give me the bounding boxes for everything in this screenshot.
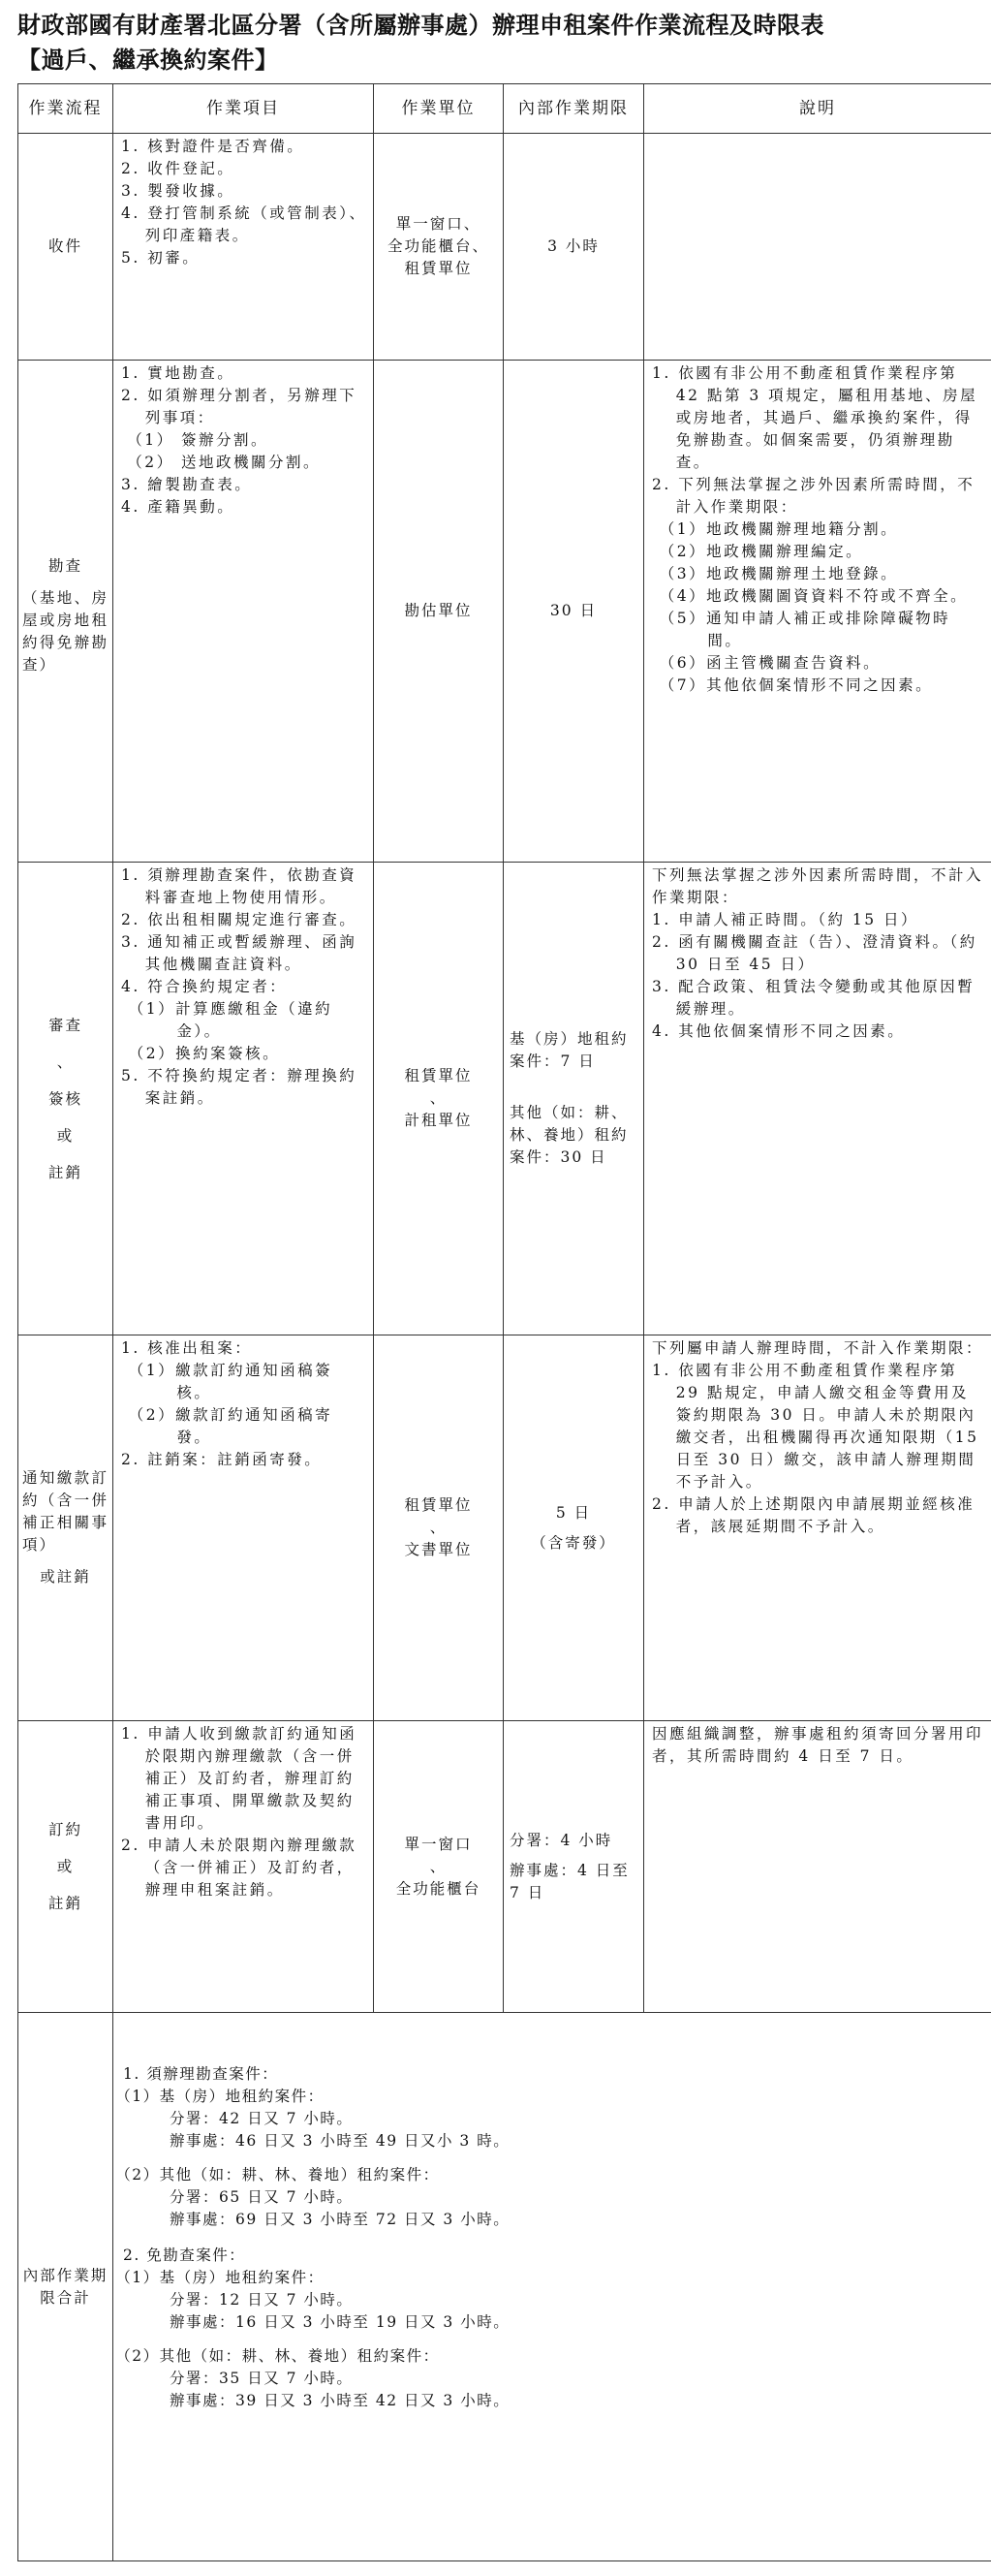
unit-cell: 租賃單位 、 文書單位 [374, 1335, 504, 1721]
unit-line: 文書單位 [374, 1539, 503, 1561]
summary-line: 辦事處：39 日又 3 小時至 42 日又 3 小時。 [123, 2390, 983, 2412]
unit-cell: 單一窗口、 全功能櫃台、 租賃單位 [374, 134, 504, 361]
period-value: 基（房）地租約案件：7 日 [510, 1028, 637, 1073]
period-value: 5 日 [510, 1502, 637, 1524]
header-notes: 說明 [644, 84, 991, 134]
note-subitem: （6）函主管機關查告資料。 [652, 652, 985, 675]
summary-group: （2）其他（如：耕、林、養地）租約案件： 分署：35 日又 7 小時。 辦事處：… [123, 2345, 983, 2412]
header-items: 作業項目 [113, 84, 374, 134]
list-item: 2. 如須辦理分割者，另辦理下列事項： [121, 385, 367, 429]
summary-section-no-inspection: 2. 免勘查案件： （1）基（房）地租約案件： 分署：12 日又 7 小時。 辦… [123, 2245, 983, 2412]
list-item: 2. 依出租相關規定進行審查。 [121, 909, 367, 931]
summary-label: 內部作業期限合計 [22, 2265, 108, 2309]
unit-cell: 單一窗口 、 全功能櫃台 [374, 1721, 504, 2013]
note-item: 1. 申請人補正時間。（約 15 日） [652, 909, 985, 931]
list-item: 3. 通知補正或暫緩辦理、函詢其他機關查註資料。 [121, 931, 367, 976]
summary-label-cell: 內部作業期限合計 [18, 2013, 113, 2561]
items-cell: 1. 核准出租案： （1）繳款訂約通知函稿簽核。 （2）繳款訂約通知函稿寄發。 … [113, 1335, 374, 1721]
note-item: 2. 函有關機關查註（告）、澄清資料。（約 30 日至 45 日） [652, 931, 985, 976]
stage-separator: 或 [22, 1117, 108, 1154]
list-subitem: （2）換約案簽核。 [121, 1043, 367, 1065]
unit-line: 全功能櫃台、 [374, 236, 503, 258]
summary-heading: 2. 免勘查案件： [123, 2245, 983, 2267]
period-note: （含寄發） [510, 1532, 637, 1555]
unit-line: 單一窗口 [374, 1834, 503, 1856]
stage-label: 訂約 [22, 1811, 108, 1848]
period-value: 分署：4 小時 [510, 1830, 637, 1852]
note-heading: 下列無法掌握之涉外因素所需時間，不計入作業期限： [652, 864, 985, 909]
stage-label: 註銷 [22, 1885, 108, 1922]
note-item: 1. 依國有非公用不動產租賃作業程序第 42 點第 3 項規定，屬租用基地、房屋… [652, 362, 985, 474]
unit-separator: 、 [374, 1856, 503, 1878]
table-row-review: 審查 、 簽核 或 註銷 1. 須辦理勘查案件，依勘查資料審查地上物使用情形。 … [18, 863, 991, 1335]
list-item: 1. 須辦理勘查案件，依勘查資料審查地上物使用情形。 [121, 864, 367, 909]
items-cell: 1. 申請人收到繳款訂約通知函於限期內辦理繳款（含一併補正）及訂約者，辦理訂約補… [113, 1721, 374, 2013]
stage-label: 註銷 [22, 1154, 108, 1191]
unit-line: 全功能櫃台 [374, 1878, 503, 1901]
period-cell: 3 小時 [504, 134, 644, 361]
stage-label: 通知繳款訂約（含一併補正相關事項） [22, 1467, 108, 1556]
list-subitem: （1）計算應繳租金（違約金）。 [121, 998, 367, 1043]
table-row-payment-notice: 通知繳款訂約（含一併補正相關事項） 或註銷 1. 核准出租案： （1）繳款訂約通… [18, 1335, 991, 1721]
summary-subheading: （2）其他（如：耕、林、養地）租約案件： [123, 2345, 983, 2368]
stage-separator: 或 [22, 1848, 108, 1885]
list-subitem: （2） 送地政機關分割。 [121, 452, 367, 474]
table-row-receive: 收件 1. 核對證件是否齊備。 2. 收件登記。 3. 製發收據。 4. 登打管… [18, 134, 991, 361]
unit-line: 計租單位 [374, 1110, 503, 1132]
unit-cell: 勘估單位 [374, 361, 504, 863]
note-subitem: （2）地政機關辦理編定。 [652, 541, 985, 563]
notes-cell: 下列屬申請人辦理時間，不計入作業期限： 1. 依國有非公用不動產租賃作業程序第 … [644, 1335, 991, 1721]
notes-cell [644, 134, 991, 361]
list-item: 2. 申請人未於限期內辦理繳款（含一併補正）及訂約者，辦理申租案註銷。 [121, 1835, 367, 1901]
period-cell: 分署：4 小時 辦事處：4 日至 7 日 [504, 1721, 644, 2013]
period-value: 30 日 [510, 600, 637, 622]
note-subitem: （3）地政機關辦理土地登錄。 [652, 563, 985, 585]
unit-separator: 、 [374, 1087, 503, 1110]
list-subitem: （2）繳款訂約通知函稿寄發。 [121, 1404, 367, 1449]
unit-line: 勘估單位 [374, 600, 503, 622]
table-row-contract: 訂約 或 註銷 1. 申請人收到繳款訂約通知函於限期內辦理繳款（含一併補正）及訂… [18, 1721, 991, 2013]
stage-label: 或註銷 [22, 1566, 108, 1588]
summary-section-inspection: 1. 須辦理勘查案件： （1）基（房）地租約案件： 分署：42 日又 7 小時。… [123, 2063, 983, 2231]
list-subitem: （1） 簽辦分割。 [121, 429, 367, 452]
notes-cell: 下列無法掌握之涉外因素所需時間，不計入作業期限： 1. 申請人補正時間。（約 1… [644, 863, 991, 1335]
table-row-inspection: 勘查 （基地、房屋或房地租約得免辦勘查） 1. 實地勘查。 2. 如須辦理分割者… [18, 361, 991, 863]
summary-group: （2）其他（如：耕、林、養地）租約案件： 分署：65 日又 7 小時。 辦事處：… [123, 2164, 983, 2231]
header-unit: 作業單位 [374, 84, 504, 134]
list-item: 2. 註銷案：註銷函寄發。 [121, 1449, 367, 1471]
period-value: 辦事處：4 日至 7 日 [510, 1860, 637, 1904]
stage-cell: 收件 [18, 134, 113, 361]
list-item: 1. 核對證件是否齊備。 [121, 136, 367, 158]
stage-note: （基地、房屋或房地租約得免辦勘查） [22, 587, 108, 676]
summary-subheading: （2）其他（如：耕、林、養地）租約案件： [123, 2164, 983, 2186]
stage-label: 簽核 [22, 1081, 108, 1117]
summary-heading: 1. 須辦理勘查案件： [123, 2063, 983, 2086]
list-subitem: （1）繳款訂約通知函稿簽核。 [121, 1360, 367, 1404]
items-cell: 1. 實地勘查。 2. 如須辦理分割者，另辦理下列事項： （1） 簽辦分割。 （… [113, 361, 374, 863]
summary-line: 分署：12 日又 7 小時。 [123, 2289, 983, 2311]
list-item: 4. 產籍異動。 [121, 496, 367, 518]
stage-cell: 勘查 （基地、房屋或房地租約得免辦勘查） [18, 361, 113, 863]
note-item: 2. 下列無法掌握之涉外因素所需時間，不計入作業期限： [652, 474, 985, 518]
period-cell: 30 日 [504, 361, 644, 863]
stage-cell: 訂約 或 註銷 [18, 1721, 113, 2013]
stage-cell: 審查 、 簽核 或 註銷 [18, 863, 113, 1335]
summary-line: 分署：35 日又 7 小時。 [123, 2368, 983, 2390]
list-item: 4. 登打管制系統（或管制表）、列印產籍表。 [121, 203, 367, 247]
unit-cell: 租賃單位 、 計租單位 [374, 863, 504, 1335]
list-item: 1. 核准出租案： [121, 1337, 367, 1360]
list-item: 2. 收件登記。 [121, 158, 367, 180]
stage-cell: 通知繳款訂約（含一併補正相關事項） 或註銷 [18, 1335, 113, 1721]
items-cell: 1. 須辦理勘查案件，依勘查資料審查地上物使用情形。 2. 依出租相關規定進行審… [113, 863, 374, 1335]
note-subitem: （7）其他依個案情形不同之因素。 [652, 675, 985, 697]
notes-cell: 1. 依國有非公用不動產租賃作業程序第 42 點第 3 項規定，屬租用基地、房屋… [644, 361, 991, 863]
note-item: 3. 配合政策、租賃法令變動或其他原因暫緩辦理。 [652, 976, 985, 1021]
summary-group: （1）基（房）地租約案件： 分署：42 日又 7 小時。 辦事處：46 日又 3… [123, 2086, 983, 2152]
title-line-1: 財政部國有財產署北區分署（含所屬辦事處）辦理申租案件作業流程及時限表 [17, 8, 986, 43]
table-header-row: 作業流程 作業項目 作業單位 內部作業期限 說明 [18, 84, 991, 134]
summary-line: 分署：65 日又 7 小時。 [123, 2186, 983, 2209]
stage-label: 收件 [22, 236, 108, 258]
unit-line: 租賃單位 [374, 1065, 503, 1087]
document-title: 財政部國有財產署北區分署（含所屬辦事處）辦理申租案件作業流程及時限表 【過戶、繼… [17, 8, 986, 78]
unit-line: 租賃單位 [374, 258, 503, 280]
note-subitem: （1）地政機關辦理地籍分割。 [652, 518, 985, 541]
summary-content-cell: 1. 須辦理勘查案件： （1）基（房）地租約案件： 分署：42 日又 7 小時。… [113, 2013, 991, 2561]
summary-line: 辦事處：46 日又 3 小時至 49 日又小 3 時。 [123, 2130, 983, 2152]
list-item: 3. 繪製勘查表。 [121, 474, 367, 496]
note-item: 2. 申請人於上述期限內申請展期並經核准者，該展延期間不予計入。 [652, 1493, 985, 1538]
unit-line: 租賃單位 [374, 1494, 503, 1517]
list-item: 3. 製發收據。 [121, 180, 367, 203]
title-line-2: 【過戶、繼承換約案件】 [17, 43, 986, 78]
summary-subheading: （1）基（房）地租約案件： [123, 2086, 983, 2108]
unit-line: 單一窗口、 [374, 213, 503, 236]
summary-group: （1）基（房）地租約案件： 分署：12 日又 7 小時。 辦事處：16 日又 3… [123, 2267, 983, 2334]
list-item: 4. 符合換約規定者： [121, 976, 367, 998]
note-subitem: （4）地政機關圖資資料不符或不齊全。 [652, 585, 985, 608]
summary-line: 辦事處：16 日又 3 小時至 19 日又 3 小時。 [123, 2311, 983, 2334]
list-item: 1. 申請人收到繳款訂約通知函於限期內辦理繳款（含一併補正）及訂約者，辦理訂約補… [121, 1723, 367, 1835]
table-row-summary: 內部作業期限合計 1. 須辦理勘查案件： （1）基（房）地租約案件： 分署：42… [18, 2013, 991, 2561]
stage-label: 勘查 [22, 555, 108, 578]
note-item: 4. 其他依個案情形不同之因素。 [652, 1021, 985, 1043]
period-value: 其他（如：耕、林、養地）租約案件：30 日 [510, 1102, 637, 1169]
notes-cell: 因應組織調整，辦事處租約須寄回分署用印者，其所需時間約 4 日至 7 日。 [644, 1721, 991, 2013]
process-timeline-table: 作業流程 作業項目 作業單位 內部作業期限 說明 收件 1. 核對證件是否齊備。… [17, 83, 991, 2561]
stage-label: 審查 [22, 1007, 108, 1044]
list-item: 5. 不符換約規定者：辦理換約案註銷。 [121, 1065, 367, 1110]
note-text: 因應組織調整，辦事處租約須寄回分署用印者，其所需時間約 4 日至 7 日。 [652, 1723, 985, 1768]
list-item: 5. 初審。 [121, 247, 367, 269]
period-cell: 基（房）地租約案件：7 日 其他（如：耕、林、養地）租約案件：30 日 [504, 863, 644, 1335]
note-subitem: （5）通知申請人補正或排除障礙物時間。 [652, 608, 985, 652]
period-cell: 5 日 （含寄發） [504, 1335, 644, 1721]
unit-separator: 、 [374, 1517, 503, 1539]
header-period: 內部作業期限 [504, 84, 644, 134]
items-cell: 1. 核對證件是否齊備。 2. 收件登記。 3. 製發收據。 4. 登打管制系統… [113, 134, 374, 361]
list-item: 1. 實地勘查。 [121, 362, 367, 385]
header-stage: 作業流程 [18, 84, 113, 134]
summary-subheading: （1）基（房）地租約案件： [123, 2267, 983, 2289]
stage-separator: 、 [22, 1044, 108, 1081]
summary-line: 分署：42 日又 7 小時。 [123, 2108, 983, 2130]
note-heading: 下列屬申請人辦理時間，不計入作業期限： [652, 1337, 985, 1360]
summary-line: 辦事處：69 日又 3 小時至 72 日又 3 小時。 [123, 2209, 983, 2231]
note-item: 1. 依國有非公用不動產租賃作業程序第 29 點規定，申請人繳交租金等費用及簽約… [652, 1360, 985, 1493]
period-value: 3 小時 [510, 236, 637, 258]
